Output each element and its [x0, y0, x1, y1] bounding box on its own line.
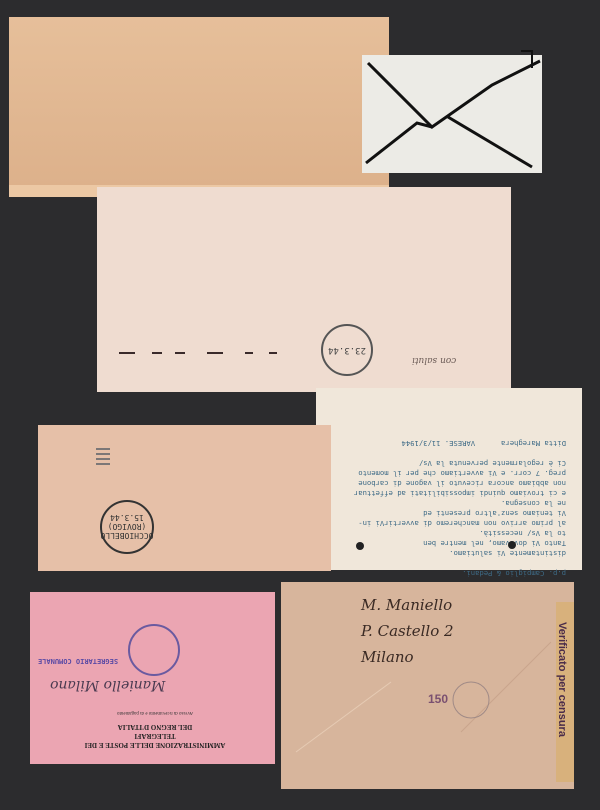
card-subtitle: Avviso di ricevimento e di pagamento	[70, 710, 240, 715]
handwritten-note: con saluti	[412, 355, 456, 365]
album-mount-corner	[521, 50, 533, 68]
wrapper-band: OCCHIOBELLO (ROVIGO) 15.3.44	[38, 425, 331, 571]
postmark-occhiobello: OCCHIOBELLO (ROVIGO) 15.3.44	[100, 500, 154, 554]
violet-stamp-text: SEGRETARIO COMUNALE	[38, 657, 118, 665]
sender-address: M. Maniello P. Castello 2 Milano	[361, 592, 454, 670]
receipt-card: AMMINISTRAZIONE DELLE POSTE E DEI TELEGR…	[30, 592, 275, 764]
letter-text: p.p. Campiglio & Pedani. distintamente V…	[336, 438, 566, 578]
censor-number: 150	[428, 692, 448, 706]
machine-cancel	[96, 445, 110, 468]
white-envelope	[362, 55, 542, 173]
censored-envelope: M. Maniello P. Castello 2 Milano 150 Ver…	[281, 582, 574, 789]
card-title: AMMINISTRAZIONE DELLE POSTE E DEI TELEGR…	[70, 722, 240, 749]
postmark: 23.3.44	[321, 324, 373, 376]
censor-tape: Verificato per censura	[556, 602, 574, 782]
large-envelope	[9, 17, 389, 197]
telegram-sheet: 23.3.44 con saluti	[97, 187, 511, 392]
envelope-flap-lines	[362, 55, 542, 173]
typed-letter: p.p. Campiglio & Pedani. distintamente V…	[316, 388, 582, 570]
violet-circular-stamp	[128, 624, 180, 676]
punch-hole	[508, 541, 516, 549]
punch-hole	[356, 542, 364, 550]
handwriting: Maniello Milano	[50, 677, 165, 693]
